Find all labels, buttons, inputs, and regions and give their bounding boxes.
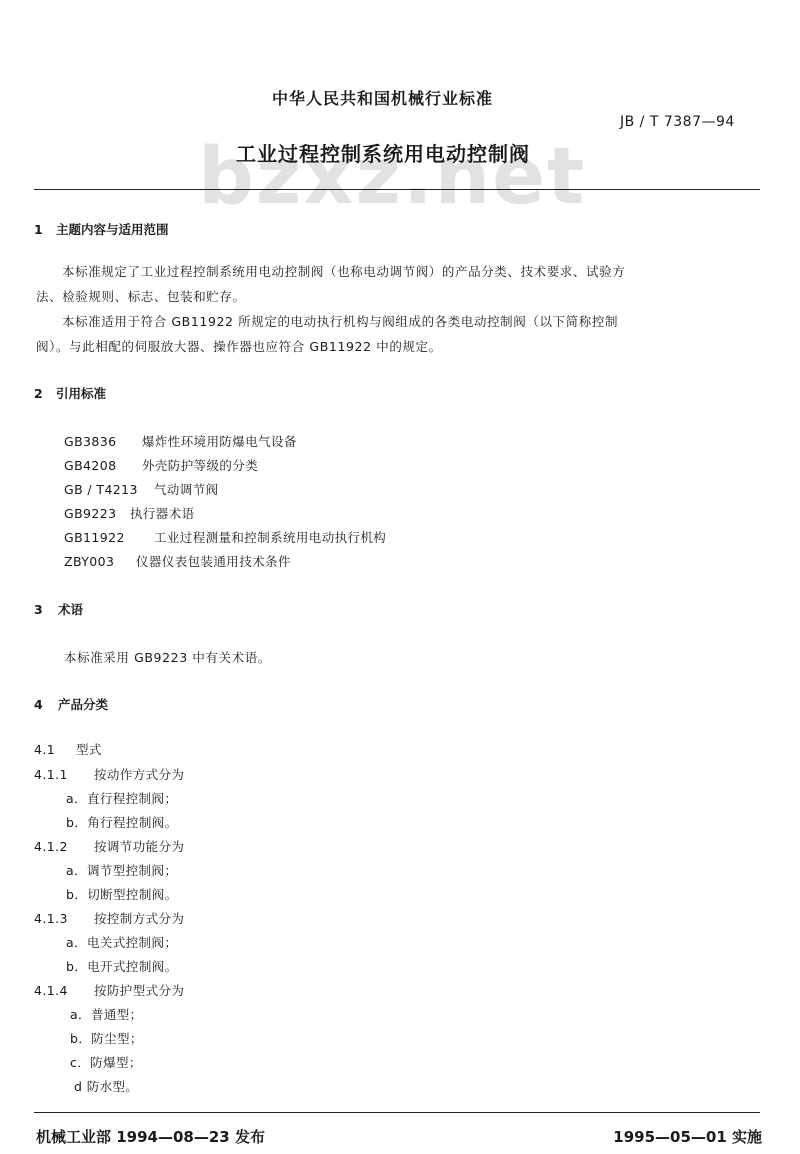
subsection-number: 4.1.2 [34, 839, 94, 854]
header-divider [34, 189, 760, 190]
reference-item: ZBY003仪器仪表包装通用技术条件 [64, 552, 291, 570]
reference-item: GB11922工业过程测量和控制系统用电动执行机构 [64, 528, 386, 546]
section-number: 3 [34, 602, 58, 617]
subsection-4-1-4: 4.1.4按防护型式分为 [34, 981, 184, 999]
subsection-4-1: 4.1型式 [34, 740, 102, 758]
list-item: b．电开式控制阀。 [66, 957, 178, 975]
subsection-number: 4.1 [34, 742, 76, 757]
section-4-heading: 4产品分类 [34, 695, 108, 713]
section-title: 术语 [58, 602, 83, 617]
subsection-title: 按防护型式分为 [94, 983, 184, 998]
reference-code: GB4208 [64, 458, 142, 473]
subsection-4-1-2: 4.1.2按调节功能分为 [34, 837, 184, 855]
list-item: a．调节型控制阀； [66, 861, 177, 879]
section-title: 产品分类 [58, 697, 108, 712]
reference-code: GB9223 [64, 506, 130, 521]
list-item: b．防尘型； [70, 1029, 143, 1047]
subsection-number: 4.1.3 [34, 911, 94, 926]
reference-name: 仪器仪表包装通用技术条件 [136, 554, 291, 569]
reference-name: 气动调节阀 [154, 482, 219, 497]
standard-code: JB / T 7387—94 [620, 114, 735, 130]
list-item: a．电关式控制阀； [66, 933, 177, 951]
section-3-paragraph: 本标准采用 GB9223 中有关术语。 [64, 648, 271, 666]
reference-name: 工业过程测量和控制系统用电动执行机构 [154, 530, 386, 545]
reference-code: GB / T4213 [64, 482, 154, 497]
reference-name: 爆炸性环境用防爆电气设备 [142, 434, 297, 449]
subsection-title: 按控制方式分为 [94, 911, 184, 926]
section-1-para-2-line-2: 阀）。与此相配的伺服放大器、操作器也应符合 GB11922 中的规定。 [36, 337, 442, 355]
reference-item: GB3836爆炸性环境用防爆电气设备 [64, 432, 297, 450]
footer-divider [34, 1112, 760, 1113]
list-item: d 防水型。 [74, 1077, 138, 1095]
section-1-heading: 1主题内容与适用范围 [34, 220, 169, 238]
list-item: c．防爆型； [70, 1053, 142, 1071]
subsection-4-1-3: 4.1.3按控制方式分为 [34, 909, 184, 927]
section-1-para-2-line-1: 本标准适用于符合 GB11922 所规定的电动执行机构与阀组成的各类电动控制阀（… [62, 312, 618, 330]
section-number: 2 [34, 386, 56, 401]
reference-item: GB9223执行器术语 [64, 504, 195, 522]
reference-name: 外壳防护等级的分类 [142, 458, 258, 473]
effective-date: 1995—05—01 实施 [613, 1126, 762, 1147]
reference-code: ZBY003 [64, 554, 136, 569]
subsection-4-1-1: 4.1.1按动作方式分为 [34, 765, 184, 783]
reference-item: GB4208外壳防护等级的分类 [64, 456, 258, 474]
issued-date: 机械工业部 1994—08—23 发布 [36, 1126, 265, 1147]
reference-item: GB / T4213气动调节阀 [64, 480, 219, 498]
list-item: b．角行程控制阀。 [66, 813, 178, 831]
document-title: 工业过程控制系统用电动控制阀 [236, 138, 530, 167]
subsection-title: 按调节功能分为 [94, 839, 184, 854]
reference-code: GB11922 [64, 530, 154, 545]
list-item: a．普通型； [70, 1005, 143, 1023]
subsection-number: 4.1.4 [34, 983, 94, 998]
section-number: 4 [34, 697, 58, 712]
section-2-heading: 2引用标准 [34, 384, 106, 402]
section-number: 1 [34, 222, 56, 237]
reference-name: 执行器术语 [130, 506, 195, 521]
list-item: a．直行程控制阀； [66, 789, 177, 807]
section-3-heading: 3术语 [34, 600, 83, 618]
subsection-number: 4.1.1 [34, 767, 94, 782]
issuing-organization: 中华人民共和国机械行业标准 [272, 86, 493, 109]
reference-code: GB3836 [64, 434, 142, 449]
list-item: b．切断型控制阀。 [66, 885, 178, 903]
section-1-para-1-line-2: 法、检验规则、标志、包装和贮存。 [36, 287, 246, 305]
section-title: 引用标准 [56, 386, 106, 401]
section-1-para-1-line-1: 本标准规定了工业过程控制系统用电动控制阀（也称电动调节阀）的产品分类、技术要求、… [62, 262, 625, 280]
subsection-title: 型式 [76, 742, 102, 757]
subsection-title: 按动作方式分为 [94, 767, 184, 782]
section-title: 主题内容与适用范围 [56, 222, 169, 237]
